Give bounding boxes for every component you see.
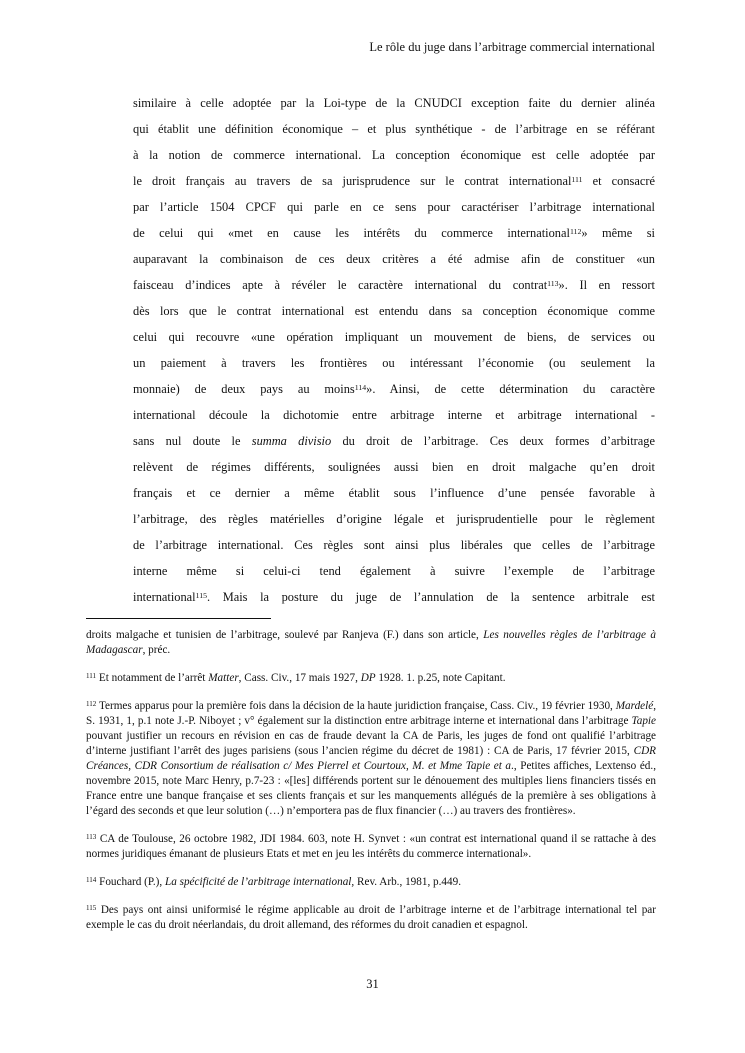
body-line: de l’arbitrage international. Ces règles… [133,532,655,558]
footnote-continuation: droits malgache et tunisien de l’arbitra… [86,628,656,658]
text-segment: l’arbitrage, des règles matérielles d’or… [133,512,655,526]
text-segment: Mardelé [616,700,653,712]
body-line: français et ce dernier a même établit so… [133,480,655,506]
text-segment: du droit de l’arbitrage. Ces deux formes… [331,434,655,448]
body-line: auparavant la combinaison de ces deux cr… [133,246,655,272]
text-segment: de l’arbitrage international. Ces règles… [133,538,655,552]
text-segment: auparavant la combinaison de ces deux cr… [133,252,655,266]
text-segment: droits malgache et tunisien de l’arbitra… [86,629,483,641]
text-segment: et consacré [583,174,655,188]
text-segment: international découle la dichotomie entr… [133,408,655,422]
text-segment: qui établit une définition économique – … [133,122,655,136]
body-line: par l’article 1504 CPCF qui parle en ce … [133,194,655,220]
footnote-separator [86,618,271,619]
text-segment: . Mais la posture du juge de l’annulatio… [207,590,655,604]
footnote-114: 114 Fouchard (P.), La spécificité de l’a… [86,875,656,890]
body-line: l’arbitrage, des règles matérielles d’or… [133,506,655,532]
body-line: interne même si celui-ci tend également … [133,558,655,584]
body-line: dès lors que le contrat international es… [133,298,655,324]
body-line: à la notion de commerce international. L… [133,142,655,168]
body-line: international découle la dichotomie entr… [133,402,655,428]
footnote-area: droits malgache et tunisien de l’arbitra… [86,618,656,933]
body-line: relèvent de régimes différents, souligné… [133,454,655,480]
text-segment: ». Il en ressort [559,278,655,292]
text-segment: La spécificité de l’arbitrage internatio… [165,876,354,888]
text-segment: Matter [208,672,238,684]
footnote-number: 112 [86,700,96,708]
body-line: celui qui recouvre «une opération impliq… [133,324,655,350]
body-text: similaire à celle adoptée par la Loi-typ… [133,90,655,610]
body-line: international115. Mais la posture du jug… [133,584,655,610]
footnote-number: 113 [86,833,96,841]
text-segment: interne même si celui-ci tend également … [133,564,655,578]
body-line: un paiement à travers les frontières ou … [133,350,655,376]
footnote-number: 114 [86,876,96,884]
text-segment: à la notion de commerce international. L… [133,148,655,162]
running-header: Le rôle du juge dans l’arbitrage commerc… [86,40,655,55]
text-segment: international [133,590,196,604]
text-segment: similaire à celle adoptée par la Loi-typ… [133,96,655,110]
footnote-number: 111 [86,672,96,680]
text-segment: Fouchard (P.), [99,876,165,888]
body-line: de celui qui «met en cause les intérêts … [133,220,655,246]
body-line: similaire à celle adoptée par la Loi-typ… [133,90,655,116]
text-segment: relèvent de régimes différents, souligné… [133,460,655,474]
text-segment: pouvant justifier un recours en révision… [86,730,656,757]
footnote-113: 113 CA de Toulouse, 26 octobre 1982, JDI… [86,832,656,862]
footnote-reference: 111 [571,175,582,184]
text-segment: CA de Toulouse, 26 octobre 1982, JDI 198… [86,833,656,860]
text-segment: Termes apparus pour la première fois dan… [99,700,616,712]
text-segment: Tapie [632,715,656,727]
text-segment: 1928. 1. p.25, note Capitant. [376,672,506,684]
body-line: le droit français au travers de sa juris… [133,168,655,194]
footnote-reference: 113 [547,279,558,288]
text-segment: ». Ainsi, de cette détermination du cara… [366,382,655,396]
text-segment: Des pays ont ainsi uniformisé le régime … [86,904,656,931]
footnote-reference: 115 [196,591,207,600]
footnote-reference: 112 [570,227,581,236]
text-segment: le droit français au travers de sa juris… [133,174,571,188]
text-segment: Rev. Arb., 1981, p.449. [354,876,461,888]
text-segment: monnaie) de deux pays au moins [133,382,355,396]
text-segment: , préc. [143,644,171,656]
body-line: faisceau d’indices apte à révéler le car… [133,272,655,298]
body-line: qui établit une définition économique – … [133,116,655,142]
text-segment: » même si [581,226,655,240]
document-page: Le rôle du juge dans l’arbitrage commerc… [0,0,745,1053]
text-segment: dès lors que le contrat international es… [133,304,655,318]
text-segment: de celui qui «met en cause les intérêts … [133,226,570,240]
footnote-reference: 114 [355,383,366,392]
page-number: 31 [0,977,745,992]
text-segment: DP [361,672,376,684]
body-line: monnaie) de deux pays au moins114». Ains… [133,376,655,402]
footnote-112: 112 Termes apparus pour la première fois… [86,699,656,819]
text-segment: celui qui recouvre «une opération impliq… [133,330,655,344]
footnote-111: 111 Et notamment de l’arrêt Matter, Cass… [86,671,656,686]
body-line: sans nul doute le summa divisio du droit… [133,428,655,454]
text-segment: summa divisio [252,434,331,448]
footnote-115: 115 Des pays ont ainsi uniformisé le rég… [86,903,656,933]
text-segment: un paiement à travers les frontières ou … [133,356,655,370]
text-segment: français et ce dernier a même établit so… [133,486,655,500]
text-segment: faisceau d’indices apte à révéler le car… [133,278,547,292]
text-segment: par l’article 1504 CPCF qui parle en ce … [133,200,655,214]
text-segment: sans nul doute le [133,434,252,448]
text-segment: , Cass. Civ., 17 mais 1927, [239,672,361,684]
footnote-list: 111 Et notamment de l’arrêt Matter, Cass… [86,671,656,933]
text-segment: Et notamment de l’arrêt [99,672,208,684]
footnote-number: 115 [86,904,96,912]
